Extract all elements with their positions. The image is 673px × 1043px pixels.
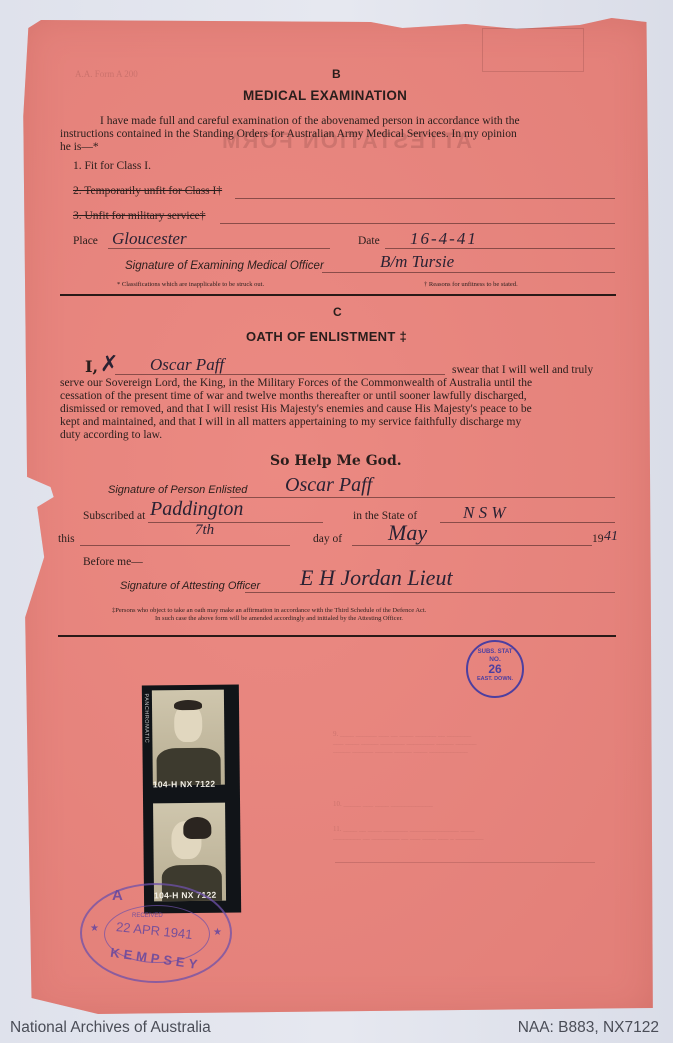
section-b-intro-3: he is—* [60,141,99,153]
ghost-stamp-box [482,28,584,72]
person-signature-label: Signature of Person Enlisted [108,484,247,496]
archive-reference: NAA: B883, NX7122 [518,1019,659,1037]
date-label: Date [358,235,380,247]
attesting-officer-signature: E H Jordan Lieut [300,565,453,591]
subscribed-place: Paddington [150,498,243,521]
subscribed-label: Subscribed at [83,510,145,522]
star-icon: ★ [213,927,222,938]
day-of-label: day of [313,533,342,545]
oath-line-3: cessation of the present time of war and… [60,390,527,402]
class-option-2: 2. Temporarily unfit for Class I† [73,185,222,197]
front-portrait-photo [152,690,225,786]
oath-name: Oscar Paff [150,355,224,375]
front-photo-label: 104-H NX 7122 [153,779,216,790]
photo-strip: PANCHROMATIC 104-H NX 7122 104-H NX 7122 [142,684,241,913]
section-b-footnote-left: * Classifications which are inapplicable… [117,281,264,288]
before-me-label: Before me— [83,556,143,568]
class-option-3: 3. Unfit for military service† [73,210,206,222]
class-option-1: 1. Fit for Class I. [73,160,151,172]
person-signature: Oscar Paff [285,474,372,497]
section-b-letter: B [332,67,341,81]
section-b-intro-1: I have made full and careful examination… [100,115,520,127]
section-divider [60,294,616,296]
kempsey-received-stamp: A ★ ★ RECEIVED 22 APR 1941 KEMPSEY [80,883,232,983]
day-value: 7th [195,522,214,539]
year-value: 41 [604,529,618,545]
oath-line-5: kept and maintained, and that I will in … [60,416,521,428]
star-icon: ★ [90,923,99,934]
medical-officer-signature-label: Signature of Examining Medical Officer [125,260,324,272]
year-prefix: 19 [592,533,604,545]
section-b-footnote-right: † Reasons for unfitness to be stated. [424,281,518,288]
section-divider-bottom [58,635,616,637]
oath-line-4: dismissed or removed, and that I will re… [60,403,532,415]
oath-prefix: I, [85,357,98,376]
month-value: May [388,520,427,546]
section-b-intro-2: instructions contained in the Standing O… [60,128,517,140]
unit-stamp: SUBS. STAT NO. 26 EAST. DOWN. [466,640,524,698]
film-side-label: PANCHROMATIC [143,693,150,743]
date-value: 16-4-41 [410,229,478,249]
oath-line-1: swear that I will well and truly [452,364,593,376]
so-help-me-god: So Help Me God. [270,453,402,469]
place-label: Place [73,235,98,247]
section-c-footnote-2: In such case the above form will be amen… [155,615,403,622]
section-c-title: OATH OF ENLISTMENT ‡ [246,329,407,344]
ghost-form-number: A.A. Form A 200 [75,69,138,79]
medical-officer-signature: B/m Tursie [380,252,454,272]
oath-line-6: duty according to law. [60,429,162,441]
section-c-letter: C [333,305,342,319]
oath-line-2: serve our Sovereign Lord, the King, in t… [60,377,532,389]
this-label: this [58,533,75,545]
attesting-officer-signature-label: Signature of Attesting Officer [120,580,260,592]
state-value: N S W [463,503,506,523]
place-value: Gloucester [112,229,187,249]
section-c-footnote-1: ‡Persons who object to take an oath may … [112,607,426,614]
archive-name: National Archives of Australia [10,1019,211,1037]
section-b-title: MEDICAL EXAMINATION [243,88,407,103]
